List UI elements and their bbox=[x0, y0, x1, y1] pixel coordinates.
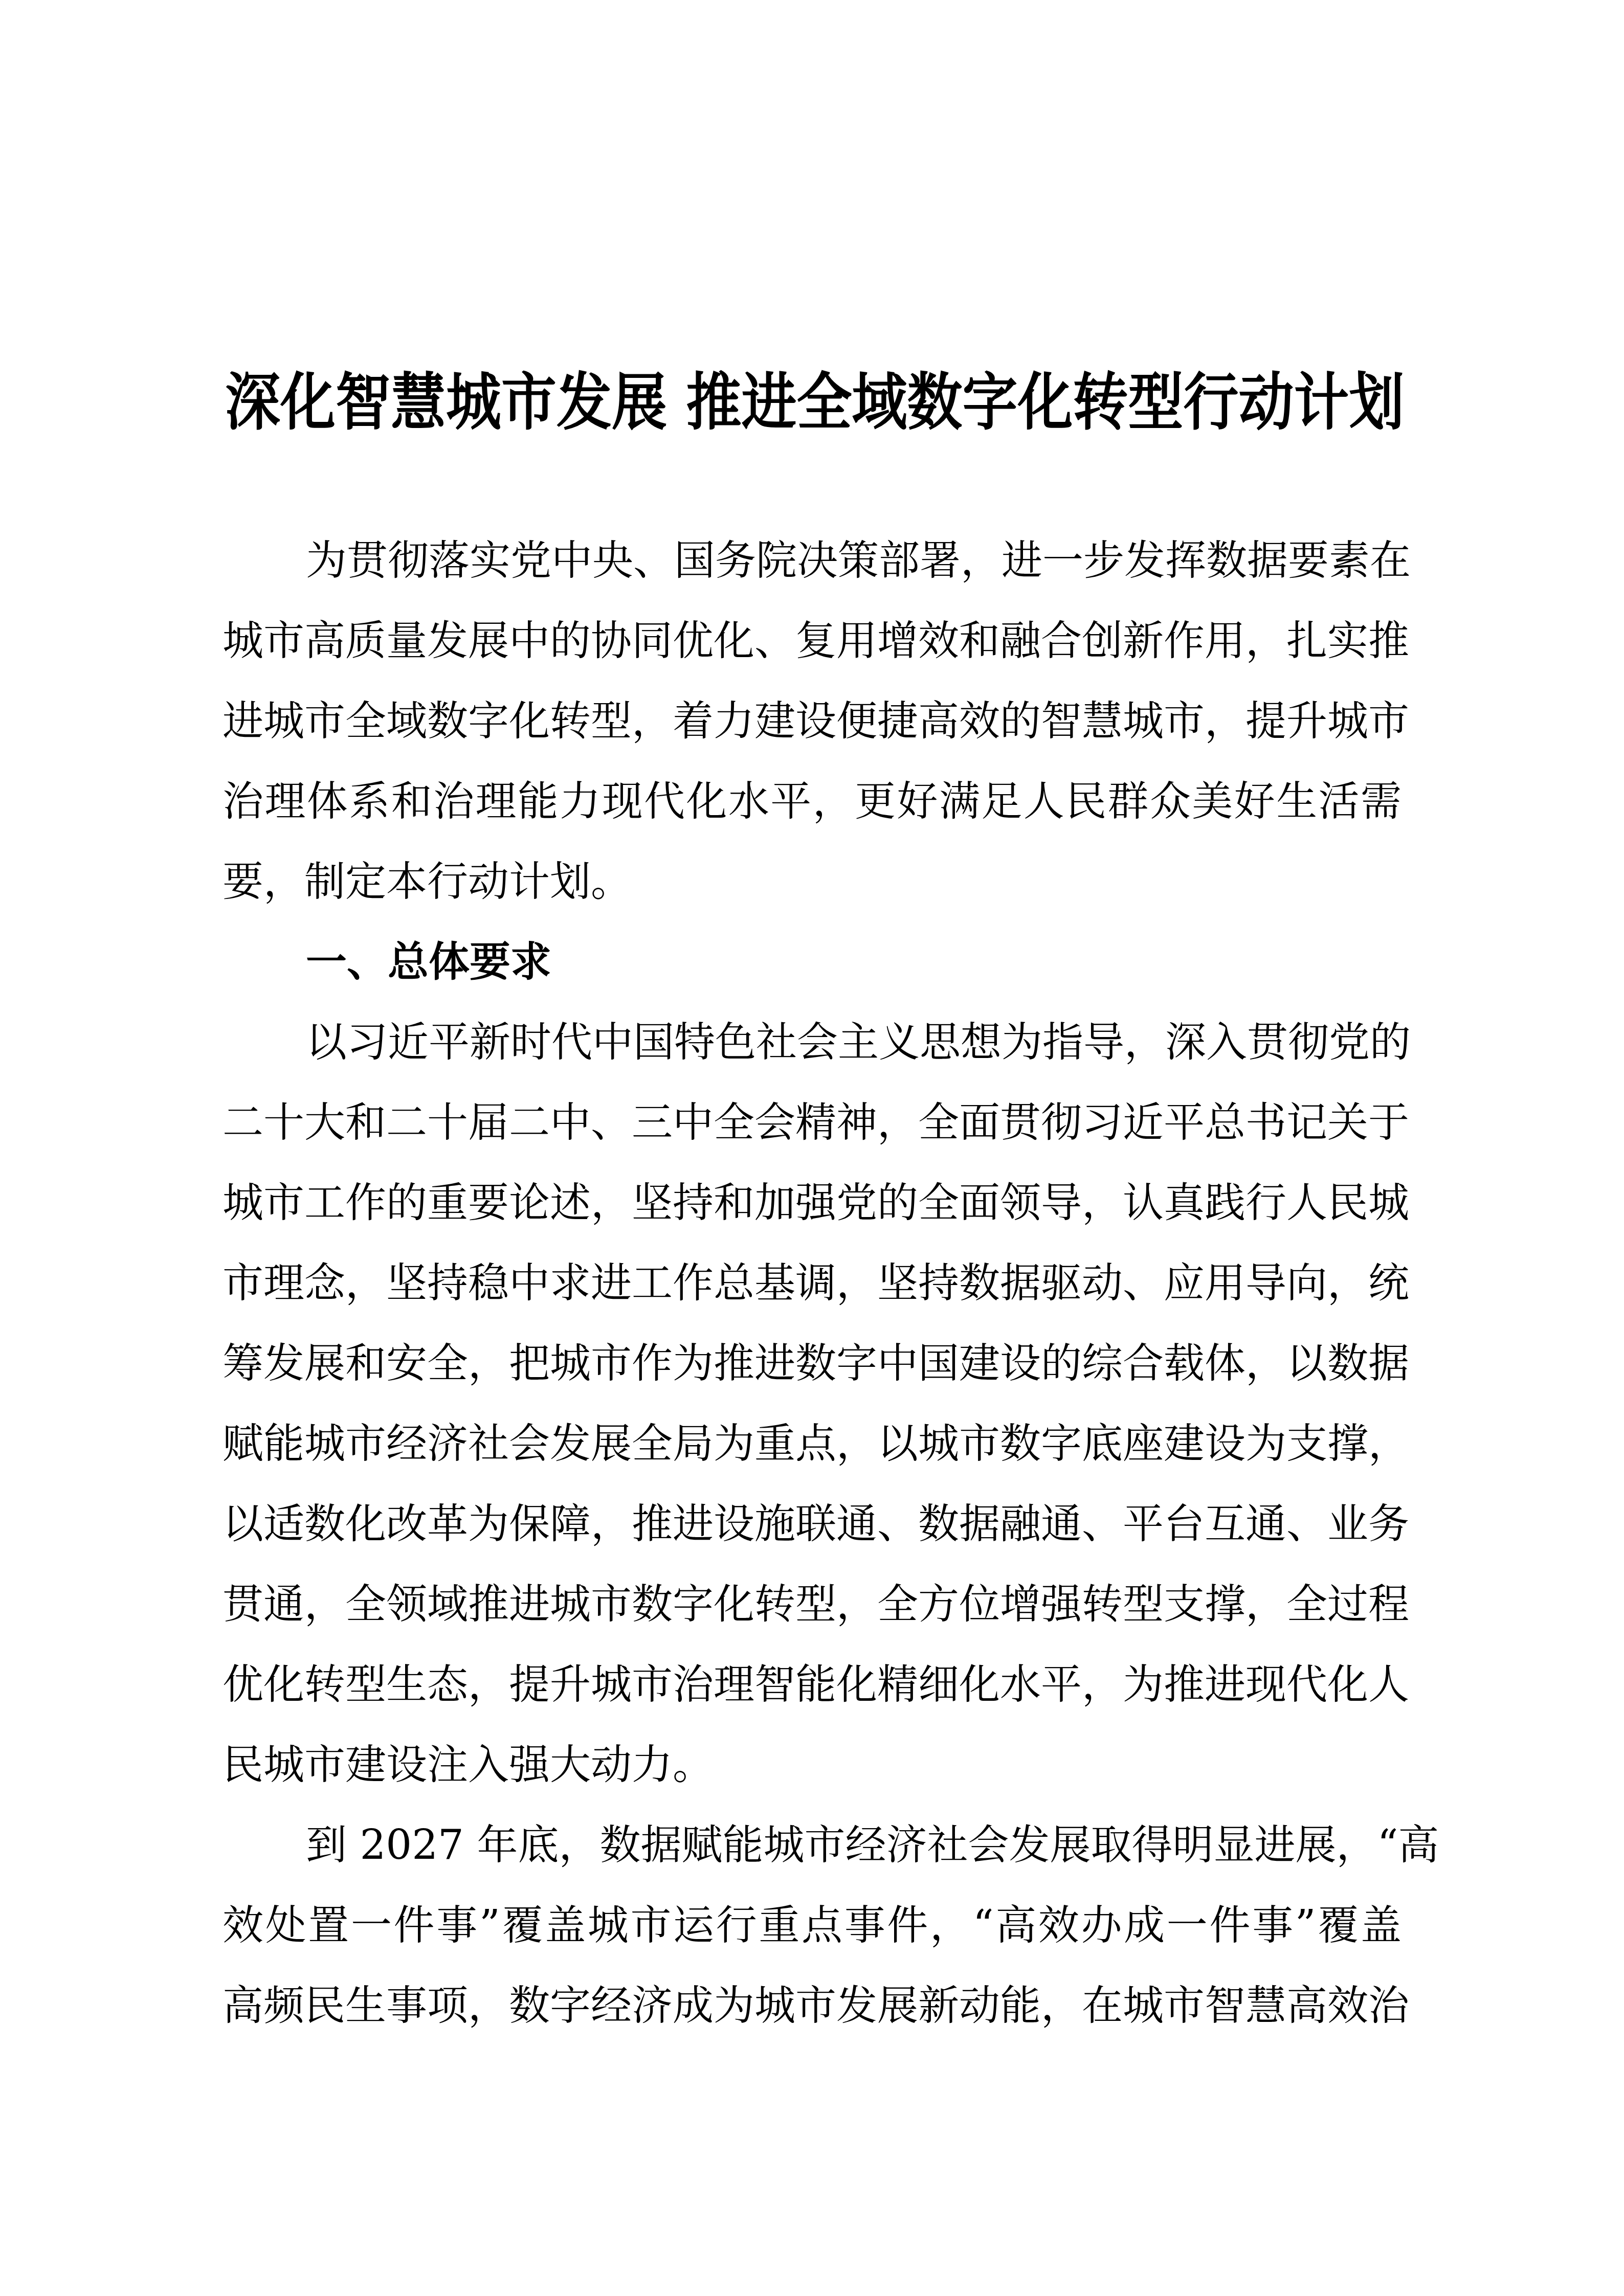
paragraph-line: 到 2027 年底，数据赋能城市经济社会发展取得明显进展，“高 bbox=[223, 1805, 1401, 1885]
paragraph-line: 筹发展和安全，把城市作为推进数字中国建设的综合载体，以数据 bbox=[223, 1323, 1401, 1403]
paragraph-line: 高频民生事项，数字经济成为城市发展新动能，在城市智慧高效治 bbox=[223, 1965, 1401, 2045]
paragraph-2027-goals: 到 2027 年底，数据赋能城市经济社会发展取得明显进展，“高 效处置一件事”覆… bbox=[223, 1805, 1401, 2045]
paragraph-guiding-principles: 以习近平新时代中国特色社会主义思想为指导，深入贯彻党的 二十大和二十届二中、三中… bbox=[223, 1002, 1401, 1805]
paragraph-line: 为贯彻落实党中央、国务院决策部署，进一步发挥数据要素在 bbox=[223, 520, 1401, 600]
paragraph-line: 治理体系和治理能力现代化水平，更好满足人民群众美好生活需 bbox=[223, 761, 1401, 841]
document-body: 为贯彻落实党中央、国务院决策部署，进一步发挥数据要素在 城市高质量发展中的协同优… bbox=[223, 520, 1401, 2045]
paragraph-line: 以习近平新时代中国特色社会主义思想为指导，深入贯彻党的 bbox=[223, 1002, 1401, 1082]
paragraph-line: 以适数化改革为保障，推进设施联通、数据融通、平台互通、业务 bbox=[223, 1483, 1401, 1564]
paragraph-line: 要，制定本行动计划。 bbox=[223, 841, 1401, 921]
paragraph-line: 市理念，坚持稳中求进工作总基调，坚持数据驱动、应用导向，统 bbox=[223, 1243, 1401, 1323]
paragraph-line: 城市工作的重要论述，坚持和加强党的全面领导，认真践行人民城 bbox=[223, 1162, 1401, 1243]
paragraph-line: 城市高质量发展中的协同优化、复用增效和融合创新作用，扎实推 bbox=[223, 600, 1401, 681]
paragraph-intro: 为贯彻落实党中央、国务院决策部署，进一步发挥数据要素在 城市高质量发展中的协同优… bbox=[223, 520, 1401, 921]
document-title: 深化智慧城市发展 推进全域数字化转型行动计划 bbox=[225, 359, 1401, 445]
paragraph-line: 贯通，全领域推进城市数字化转型，全方位增强转型支撑，全过程 bbox=[223, 1564, 1401, 1644]
paragraph-line: 赋能城市经济社会发展全局为重点，以城市数字底座建设为支撑， bbox=[223, 1403, 1401, 1483]
paragraph-line: 优化转型生态，提升城市治理智能化精细化水平，为推进现代化人 bbox=[223, 1644, 1401, 1724]
paragraph-line: 效处置一件事”覆盖城市运行重点事件，“高效办成一件事”覆盖 bbox=[223, 1885, 1401, 1965]
paragraph-line: 二十大和二十届二中、三中全会精神，全面贯彻习近平总书记关于 bbox=[223, 1082, 1401, 1162]
section-heading: 一、总体要求 bbox=[223, 921, 1401, 1002]
document-page: 深化智慧城市发展 推进全域数字化转型行动计划 为贯彻落实党中央、国务院决策部署，… bbox=[0, 0, 1624, 2296]
paragraph-line: 民城市建设注入强大动力。 bbox=[223, 1724, 1401, 1805]
paragraph-line: 进城市全域数字化转型，着力建设便捷高效的智慧城市，提升城市 bbox=[223, 681, 1401, 761]
